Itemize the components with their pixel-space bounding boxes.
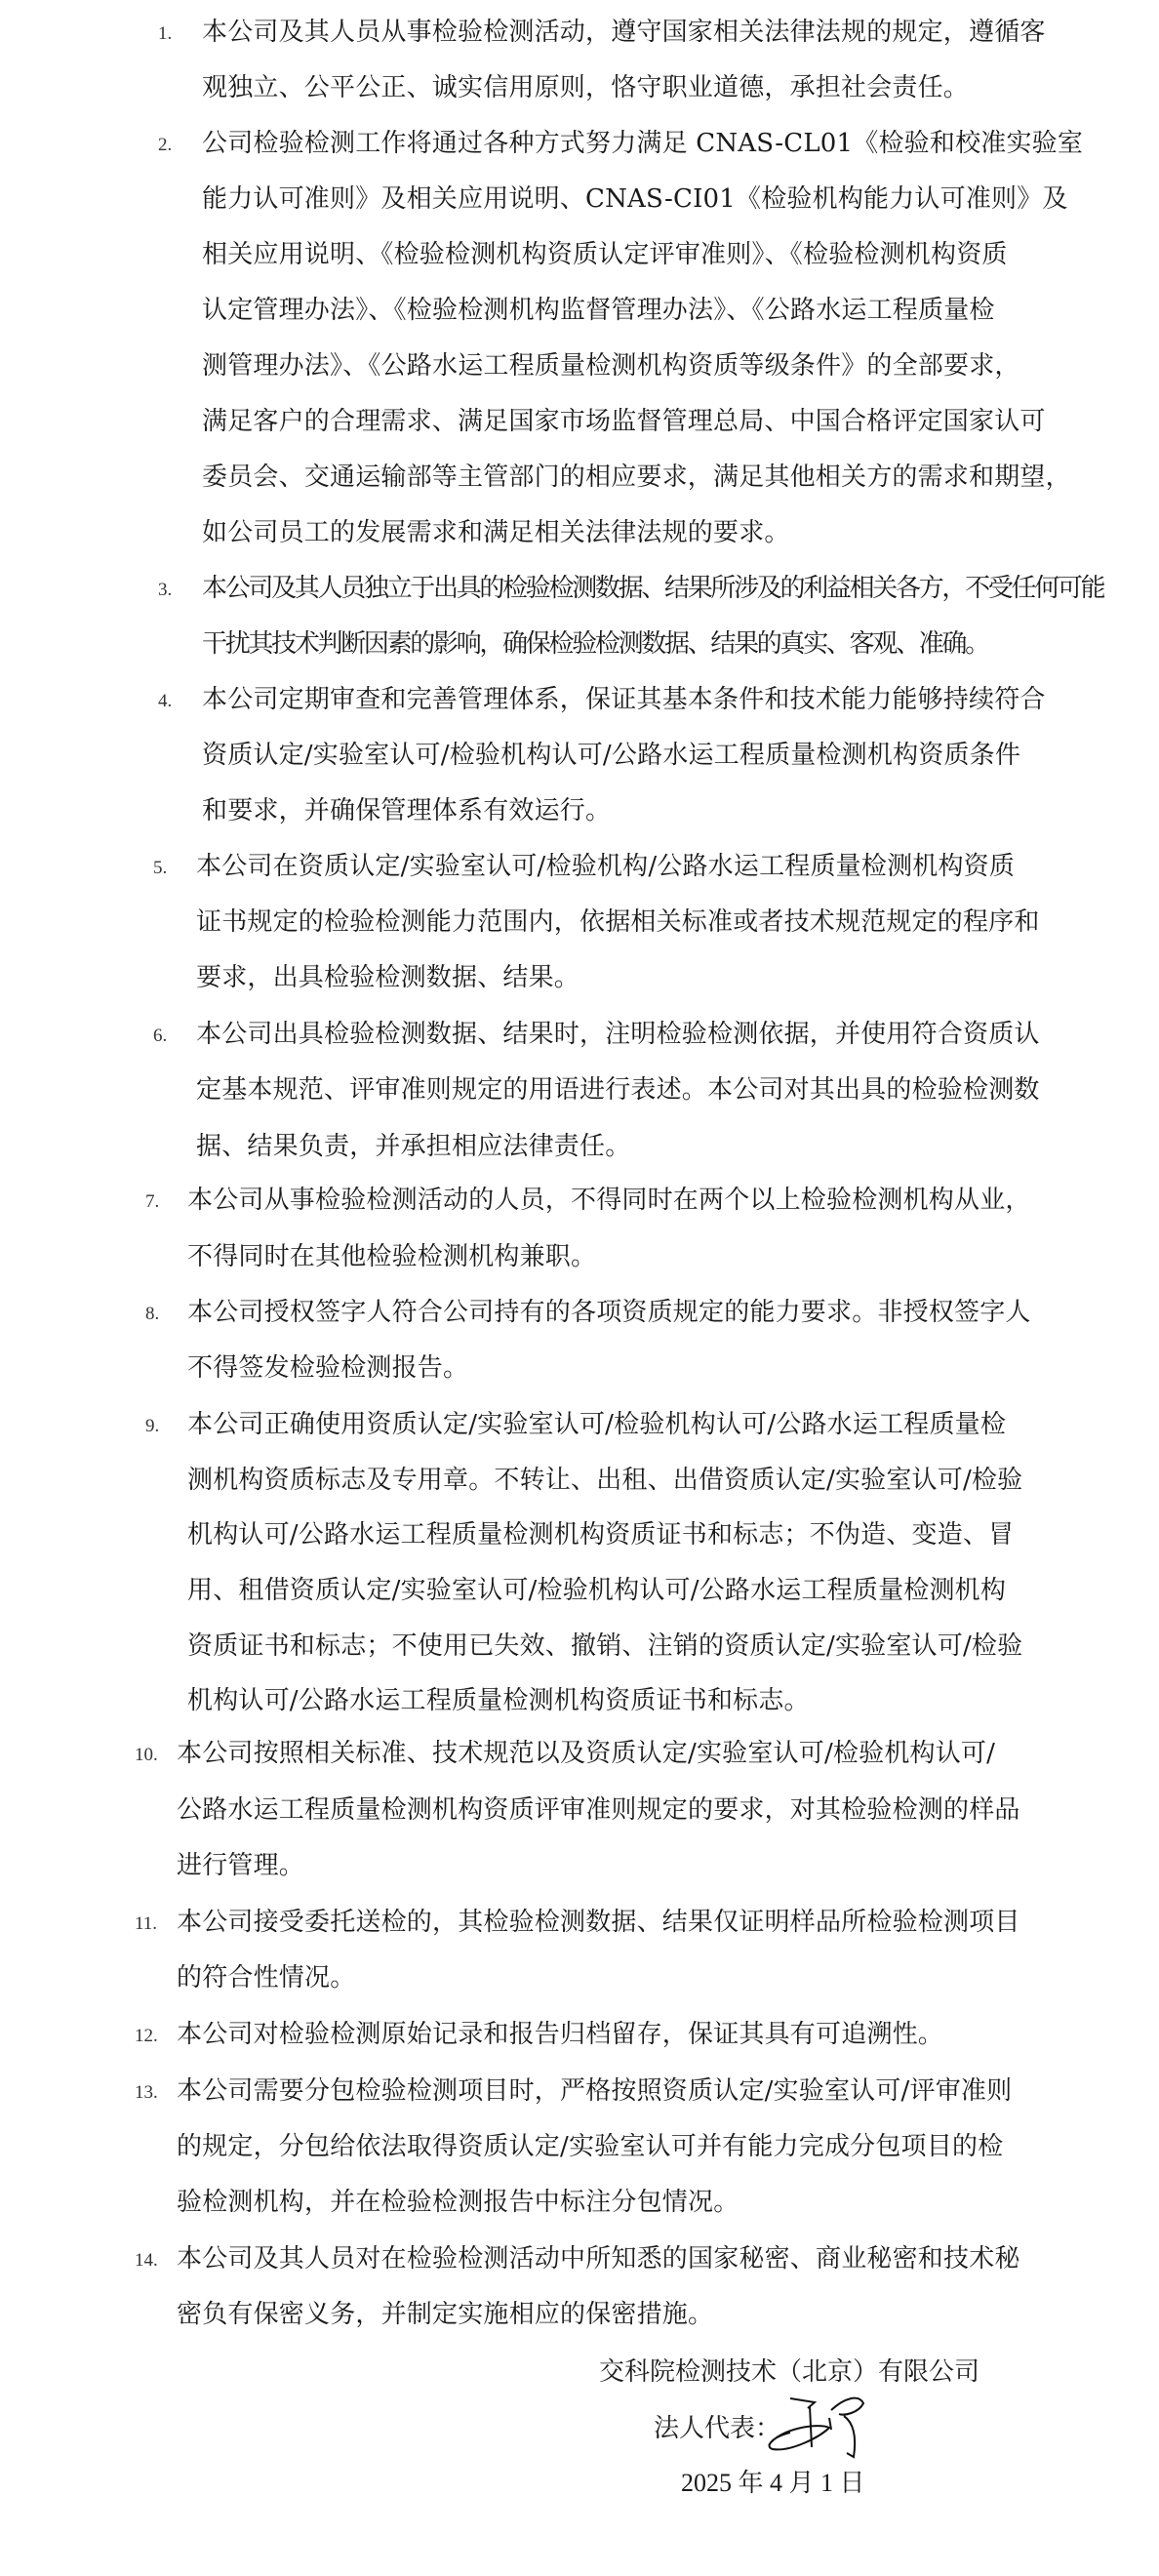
item-text-line: 本公司及其人员从事检验检测活动，遵守国家相关法律法规的规定，遵循客 <box>202 18 1046 47</box>
item-text-line: 本公司按照相关标准、技术规范以及资质认定/实验室认可/检验机构认可/ <box>177 1739 995 1768</box>
item-text-line: 本公司授权签字人符合公司持有的各项资质规定的能力要求。非授权签字人 <box>187 1298 1031 1327</box>
handwritten-signature-icon <box>761 2389 878 2462</box>
item-number: 12. <box>135 2026 158 2047</box>
item-text-line: 本公司从事检验检测活动的人员，不得同时在两个以上检验检测机构从业， <box>187 1186 1031 1215</box>
item-text-line: 用、租借资质认定/实验室认可/检验机构认可/公路水运工程质量检测机构 <box>187 1576 1006 1605</box>
item-text-line: 满足客户的合理需求、满足国家市场监督管理总局、中国合格评定国家认可 <box>202 407 1046 436</box>
item-text-line: 本公司在资质认定/实验室认可/检验机构/公路水运工程质量检测机构资质 <box>196 852 1015 881</box>
item-text-line: 委员会、交通运输部等主管部门的相应要求，满足其他相关方的需求和期望， <box>202 463 1071 492</box>
item-text-line: 测管理办法》、《公路水运工程质量检测机构资质等级条件》的全部要求， <box>202 351 1020 381</box>
item-text-line: 公路水运工程质量检测机构资质评审准则规定的要求，对其检验检测的样品 <box>177 1795 1020 1825</box>
item-text-line: 要求，出具检验检测数据、结果。 <box>196 963 579 992</box>
item-text-line: 本公司及其人员独立于出具的检验检测数据、结果所涉及的利益相关各方，不受任何可能 <box>202 574 1103 603</box>
item-text-line: 进行管理。 <box>177 1851 304 1880</box>
item-text-line: 本公司及其人员对在检验检测活动中所知悉的国家秘密、商业秘密和技术秘 <box>177 2244 1020 2274</box>
item-text-line: 机构认可/公路水运工程质量检测机构资质证书和标志；不伪造、变造、冒 <box>187 1520 1014 1550</box>
item-number: 1. <box>158 23 172 45</box>
item-text-line: 本公司对检验检测原始记录和报告归档留存，保证其具有可追溯性。 <box>177 2020 943 2049</box>
item-text-line: 资质证书和标志；不使用已失效、撤销、注销的资质认定/实验室认可/检验 <box>187 1631 1022 1661</box>
item-text-line: 本公司定期审查和完善管理体系，保证其基本条件和技术能力能够持续符合 <box>202 685 1046 714</box>
item-number: 2. <box>158 135 172 156</box>
item-text-line: 不得同时在其他检验检测机构兼职。 <box>187 1242 596 1271</box>
item-text-line: 验检测机构，并在检验检测报告中标注分包情况。 <box>177 2188 739 2217</box>
item-number: 6. <box>153 1026 167 1047</box>
company-name: 交科院检测技术（北京）有限公司 <box>599 2352 979 2388</box>
item-text-line: 资质认定/实验室认可/检验机构认可/公路水运工程质量检测机构资质条件 <box>202 741 1020 770</box>
item-text-line: 认定管理办法》、《检验检测机构监督管理办法》、《公路水运工程质量检 <box>202 296 995 325</box>
item-text-line: 本公司正确使用资质认定/实验室认可/检验机构认可/公路水运工程质量检 <box>187 1410 1006 1439</box>
item-text-line: 观独立、公平公正、诚实信用原则，恪守职业道德，承担社会责任。 <box>202 73 969 102</box>
item-text-line: 如公司员工的发展需求和满足相关法律法规的要求。 <box>202 518 790 547</box>
item-text-line: 和要求，并确保管理体系有效运行。 <box>202 796 611 825</box>
item-text-line: 公司检验检测工作将通过各种方式努力满足 CNAS-CL01《检验和校准实验室 <box>202 129 1083 158</box>
item-number: 5. <box>153 858 167 879</box>
item-text-line: 的规定，分包给依法取得资质认定/实验室认可并有能力完成分包项目的检 <box>177 2132 1003 2161</box>
item-text-line: 本公司需要分包检验检测项目时，严格按照资质认定/实验室认可/评审准则 <box>177 2076 1012 2106</box>
item-number: 4. <box>158 691 172 712</box>
item-text-line: 的符合性情况。 <box>177 1963 355 1992</box>
item-text-line: 证书规定的检验检测能力范围内，依据相关标准或者技术规范规定的程序和 <box>196 907 1040 937</box>
signature-date: 2025 年 4 月 1 日 <box>681 2463 865 2499</box>
item-number: 13. <box>135 2082 158 2104</box>
item-number: 8. <box>145 1304 159 1325</box>
item-text-line: 密负有保密义务，并制定实施相应的保密措施。 <box>177 2300 713 2329</box>
item-text-line: 不得签发检验检测报告。 <box>187 1353 468 1383</box>
item-text-line: 本公司出具检验检测数据、结果时，注明检验检测依据，并使用符合资质认 <box>196 1020 1040 1049</box>
item-number: 14. <box>135 2250 158 2272</box>
item-text-line: 测机构资质标志及专用章。不转让、出租、出借资质认定/实验室认可/检验 <box>187 1466 1022 1495</box>
item-number: 10. <box>135 1745 158 1766</box>
item-text-line: 能力认可准则》及相关应用说明、CNAS-CI01《检验机构能力认可准则》及 <box>202 184 1068 214</box>
item-number: 11. <box>135 1913 157 1935</box>
item-text-line: 干扰其技术判断因素的影响，确保检验检测数据、结果的真实、客观、准确。 <box>202 629 988 659</box>
item-text-line: 据、结果负责，并承担相应法律责任。 <box>196 1132 630 1161</box>
item-number: 9. <box>145 1416 159 1437</box>
item-number: 3. <box>158 580 172 601</box>
item-text-line: 相关应用说明、《检验检测机构资质认定评审准则》、《检验检测机构资质 <box>202 240 1008 269</box>
item-number: 7. <box>145 1191 159 1213</box>
item-text-line: 机构认可/公路水运工程质量检测机构资质证书和标志。 <box>187 1686 810 1715</box>
item-text-line: 本公司接受委托送检的，其检验检测数据、结果仅证明样品所检验检测项目 <box>177 1908 1020 1937</box>
item-text-line: 定基本规范、评审准则规定的用语进行表述。本公司对其出具的检验检测数 <box>196 1075 1040 1105</box>
